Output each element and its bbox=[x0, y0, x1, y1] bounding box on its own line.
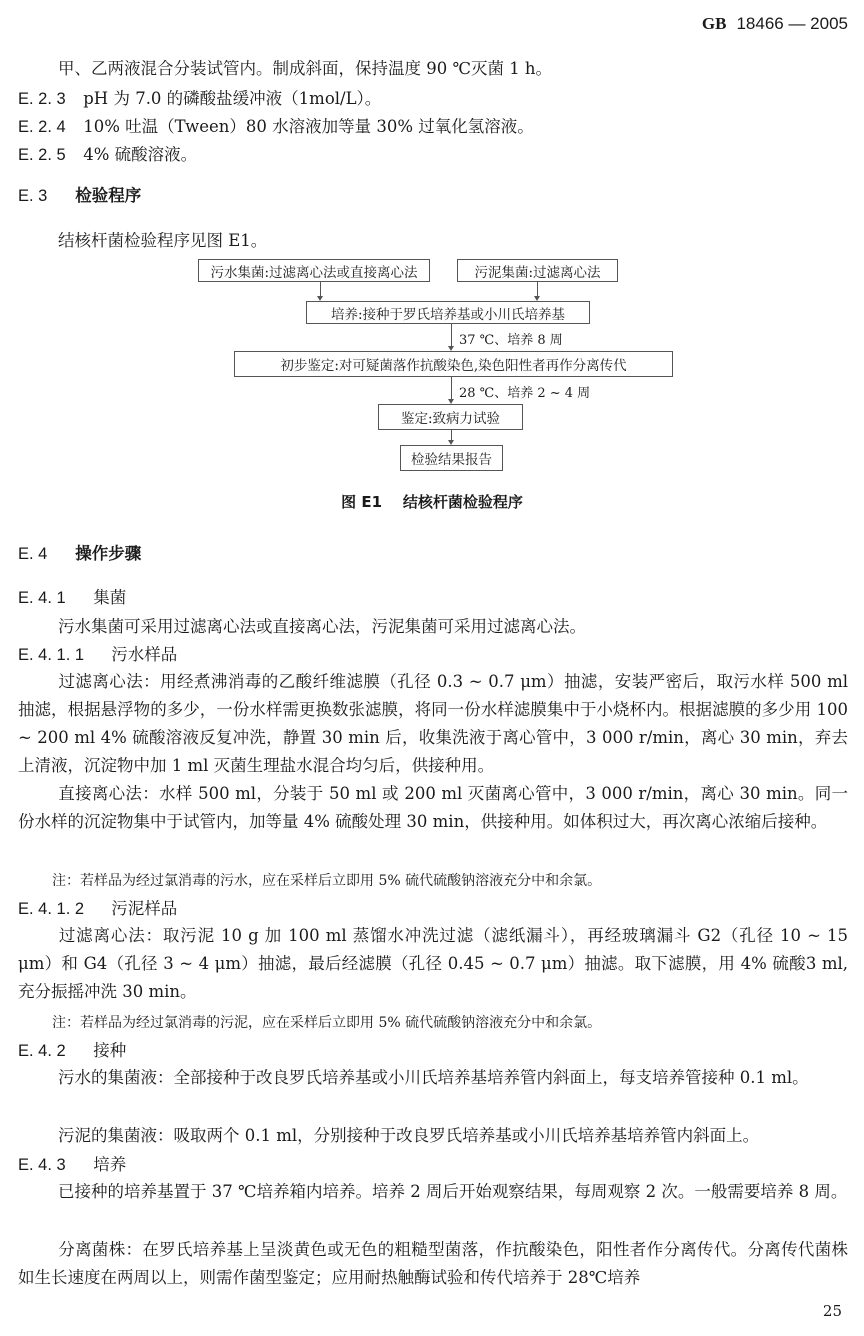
section-number: E. 4. 2 bbox=[18, 1040, 88, 1062]
paragraph-text: 分离菌株：在罗氏培养基上呈淡黄色或无色的粗糙型菌落，作抗酸染色，阳性者作分离传代… bbox=[18, 1240, 848, 1287]
item-number: E. 2. 3 bbox=[18, 88, 78, 110]
paragraph-direct-centrifuge: 直接离心法：水样 500 ml，分装于 50 ml 或 200 ml 灭菌离心管… bbox=[18, 780, 848, 836]
flow-box-preliminary-identification: 初步鉴定:对可疑菌落作抗酸染色,染色阳性者再作分离传代 bbox=[234, 351, 673, 377]
item-number: E. 2. 5 bbox=[18, 144, 78, 166]
item-e223: E. 2. 3 pH 为 7.0 的磷酸盐缓冲液（1mol/L）。 bbox=[18, 88, 381, 110]
paragraph-text: 污泥的集菌液：吸取两个 0.1 ml，分别接种于改良罗氏培养基或小川氏培养基培养… bbox=[58, 1126, 759, 1145]
item-text: pH 为 7.0 的磷酸盐缓冲液（1mol/L）。 bbox=[83, 89, 381, 108]
item-text: 10% 吐温（Tween）80 水溶液加等量 30% 过氧化氢溶液。 bbox=[83, 117, 534, 136]
flow-box-identification: 鉴定:致病力试验 bbox=[378, 404, 523, 430]
flow-box-sludge-collection: 污泥集菌:过滤离心法 bbox=[457, 259, 618, 282]
paragraph-sludge-filter: 过滤离心法：取污泥 10 g 加 100 ml 蒸馏水冲洗过滤（滤纸漏斗），再经… bbox=[18, 922, 848, 1006]
subsection-heading-e412: E. 4. 1. 2 污泥样品 bbox=[18, 898, 177, 920]
continuation-line: 甲、乙两液混合分装试管内。制成斜面，保持温度 90 ℃灭菌 1 h。 bbox=[58, 58, 552, 80]
intro-text: 结核杆菌检验程序见图 E1。 bbox=[58, 230, 267, 252]
paragraph-text: 污水的集菌液：全部接种于改良罗氏培养基或小川氏培养基培养管内斜面上，每支培养管接… bbox=[58, 1068, 809, 1087]
connector-line bbox=[451, 324, 452, 347]
flow-label-incubation-28: 28 ℃、培养 2 ~ 4 周 bbox=[459, 382, 590, 401]
section-number: E. 4 bbox=[18, 543, 70, 565]
section-number: E. 3 bbox=[18, 185, 70, 207]
paragraph-wastewater-inoculation: 污水的集菌液：全部接种于改良罗氏培养基或小川氏培养基培养管内斜面上，每支培养管接… bbox=[18, 1064, 848, 1092]
standard-header: GB18466 — 2005 bbox=[702, 14, 848, 34]
section-title: 操作步骤 bbox=[75, 544, 141, 563]
item-text: 4% 硫酸溶液。 bbox=[83, 145, 197, 164]
flow-box-wastewater-collection: 污水集菌:过滤离心法或直接离心法 bbox=[198, 259, 430, 282]
paragraph: 污水集菌可采用过滤离心法或直接离心法，污泥集菌可采用过滤离心法。 bbox=[58, 616, 586, 638]
item-e224: E. 2. 4 10% 吐温（Tween）80 水溶液加等量 30% 过氧化氢溶… bbox=[18, 116, 534, 138]
item-number: E. 2. 4 bbox=[18, 116, 78, 138]
section-title: 培养 bbox=[93, 1155, 126, 1174]
page-number: 25 bbox=[823, 1302, 842, 1320]
subsection-heading-e41: E. 4. 1 集菌 bbox=[18, 587, 126, 609]
section-title: 检验程序 bbox=[75, 186, 141, 205]
connector-line bbox=[451, 377, 452, 400]
flow-label-incubation-37: 37 ℃、培养 8 周 bbox=[459, 329, 563, 348]
paragraph-isolation: 分离菌株：在罗氏培养基上呈淡黄色或无色的粗糙型菌落，作抗酸染色，阳性者作分离传代… bbox=[18, 1236, 848, 1292]
section-heading-e4: E. 4 操作步骤 bbox=[18, 543, 141, 565]
section-title: 接种 bbox=[93, 1041, 126, 1060]
item-e225: E. 2. 5 4% 硫酸溶液。 bbox=[18, 144, 197, 166]
subsection-heading-e411: E. 4. 1. 1 污水样品 bbox=[18, 644, 177, 666]
standard-code: GB bbox=[702, 14, 727, 33]
paragraph-filter-centrifuge: 过滤离心法：用经煮沸消毒的乙酸纤维滤膜（孔径 0.3 ~ 0.7 μm）抽滤，安… bbox=[18, 668, 848, 780]
subsection-heading-e42: E. 4. 2 接种 bbox=[18, 1040, 126, 1062]
section-heading-e3: E. 3 检验程序 bbox=[18, 185, 141, 207]
subsection-heading-e43: E. 4. 3 培养 bbox=[18, 1154, 126, 1176]
paragraph-text: 过滤离心法：用经煮沸消毒的乙酸纤维滤膜（孔径 0.3 ~ 0.7 μm）抽滤，安… bbox=[18, 672, 848, 775]
paragraph-sludge-inoculation: 污泥的集菌液：吸取两个 0.1 ml，分别接种于改良罗氏培养基或小川氏培养基培养… bbox=[18, 1122, 848, 1150]
connector-line bbox=[320, 282, 321, 297]
section-number: E. 4. 3 bbox=[18, 1154, 88, 1176]
figure-caption: 图 E1 结核杆菌检验程序 bbox=[0, 491, 864, 512]
connector-line bbox=[537, 282, 538, 297]
flow-box-culture: 培养:接种于罗氏培养基或小川氏培养基 bbox=[306, 301, 590, 324]
paragraph-text: 过滤离心法：取污泥 10 g 加 100 ml 蒸馏水冲洗过滤（滤纸漏斗），再经… bbox=[18, 926, 848, 1001]
paragraph-text: 直接离心法：水样 500 ml，分装于 50 ml 或 200 ml 灭菌离心管… bbox=[18, 784, 848, 831]
note: 注：若样品为经过氯消毒的污泥，应在采样后立即用 5% 硫代硫酸钠溶液充分中和余氯… bbox=[52, 1014, 601, 1032]
note: 注：若样品为经过氯消毒的污水，应在采样后立即用 5% 硫代硫酸钠溶液充分中和余氯… bbox=[52, 872, 601, 890]
section-title: 污水样品 bbox=[111, 645, 177, 664]
section-title: 污泥样品 bbox=[111, 899, 177, 918]
section-number: E. 4. 1 bbox=[18, 587, 88, 609]
flow-box-report: 检验结果报告 bbox=[400, 445, 503, 471]
standard-number: 18466 — 2005 bbox=[736, 14, 848, 33]
paragraph-culture: 已接种的培养基置于 37 ℃培养箱内培养。培养 2 周后开始观察结果，每周观察 … bbox=[18, 1178, 848, 1206]
paragraph-text: 已接种的培养基置于 37 ℃培养箱内培养。培养 2 周后开始观察结果，每周观察 … bbox=[58, 1182, 847, 1201]
section-title: 集菌 bbox=[93, 588, 126, 607]
section-number: E. 4. 1. 1 bbox=[18, 644, 106, 666]
section-number: E. 4. 1. 2 bbox=[18, 898, 106, 920]
